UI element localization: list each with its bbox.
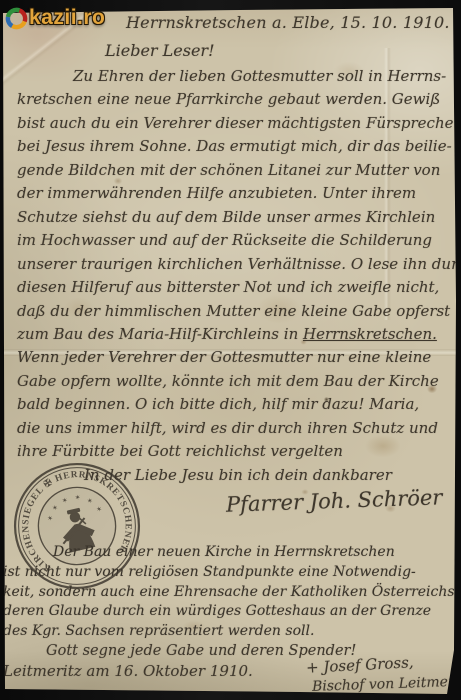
letter-line: der immerwährenden Hilfe anzubieten. Unt… [17, 182, 450, 205]
letter-line: Wenn jeder Verehrer der Gottesmutter nur… [17, 346, 450, 369]
letter-line: gende Bildchen mit der schönen Litanei z… [17, 159, 450, 182]
letter-line: im Hochwasser und auf der Rückseite die … [17, 229, 450, 252]
letter-line: bald beginnen. O ich bitte dich, hilf mi… [17, 393, 450, 416]
letter-line: zum Bau des Maria-Hilf-Kirchleins in Her… [17, 323, 450, 346]
letter-line: Zu Ehren der lieben Gottesmutter soll in… [17, 65, 450, 88]
priest-signature: Pfarrer Joh. Schröer [226, 485, 443, 517]
letter-line-text: zum Bau des Maria-Hilf-Kirchleins in [17, 325, 303, 343]
letter-line: diesen Hilferuf aus bitterster Not und i… [17, 276, 450, 299]
place-date-line: Leitmeritz am 16. Oktober 1910. [3, 662, 253, 680]
letter-body: Zu Ehren der lieben Gottesmutter soll in… [17, 65, 450, 464]
bishop-title: Bischof von Leitmeritz. [312, 673, 461, 695]
letter-line: Gabe opfern wollte, könnte ich mit dem B… [17, 370, 450, 393]
letter-line: bist auch du ein Verehrer dieser mächtig… [17, 112, 450, 135]
letter-line: kretschen eine neue Pfarrkirche gebaut w… [17, 88, 450, 111]
letter-line: die uns immer hilft, wird es dir durch i… [17, 417, 450, 440]
letter-line: bei Jesus ihrem Sohne. Das ermutigt mich… [17, 135, 450, 158]
salutation: Lieber Leser! [105, 41, 215, 60]
dateline: Herrnskretschen a. Elbe, 15. 10. 1910. [126, 13, 450, 32]
endorsement-line: des Kgr. Sachsen repräsentiert werden so… [3, 622, 457, 642]
letter-line: unserer traurigen kirchlichen Verhältnis… [17, 253, 450, 276]
underlined-place-name: Herrnskretschen. [303, 325, 437, 343]
photo-frame: Herrnskretschen a. Elbe, 15. 10. 1910. L… [0, 0, 461, 700]
endorsement-line: deren Glaube durch ein würdiges Gottesha… [3, 602, 457, 622]
letter-line: daß du der himmlischen Mutter eine klein… [17, 300, 450, 323]
watermark-logo: kazii.ro [5, 6, 105, 30]
letter-line: Schutze siehst du auf dem Bilde unser ar… [17, 206, 450, 229]
paper: Herrnskretschen a. Elbe, 15. 10. 1910. L… [0, 0, 461, 700]
watermark-text: kazii.ro [29, 6, 105, 30]
blessing-line: Gott segne jede Gabe und deren Spender! [46, 643, 356, 659]
okazii-o-icon [5, 7, 28, 30]
